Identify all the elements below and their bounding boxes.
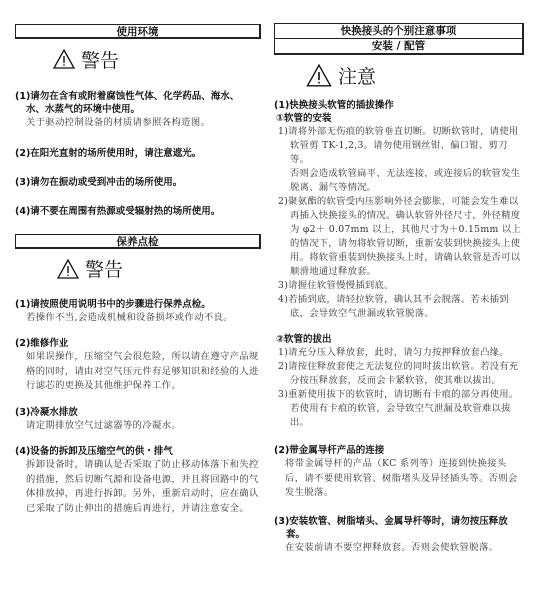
hose-operation-heading: (1)快换接头软管的插拔操作 xyxy=(274,99,524,112)
list-item: 2)聚氨酯的软管受内压影响外径会膨胀，可能会发生难以再插入快换接头的情况。确认软… xyxy=(274,195,524,279)
metal-rod-heading: (2)带金属导杆产品的连接 xyxy=(274,444,524,457)
list-item: 1)请充分压入释放套，此时，请匀力按押释放套凸缘。 xyxy=(274,346,524,360)
maintenance-item-1: (1)请按照使用说明书中的步骤进行保养点检。 若操作不当,会造成机械和设备损坏或… xyxy=(15,298,261,326)
left-column: 使用环境 警告 (1)请勿在含有或附着腐蚀性气体、化学药品、海水、 水、水蒸气的… xyxy=(15,0,261,516)
hose-install-list: 1)请将外部无伤痕的软管垂直切断。切断软管时，请使用软管剪 TK-1,2,3。请… xyxy=(274,125,524,321)
caution-label: 注意 xyxy=(338,62,376,89)
list-item: 3)重新使用拔下的软管时，请切断有卡痕的部分再使用。若使用有卡痕的软管，会导致空… xyxy=(274,388,524,430)
section-title-box: 快换接头的个别注意事项 安装 / 配管 xyxy=(274,23,524,55)
warning-header: 警告 xyxy=(57,256,261,282)
section-subtitle: 安装 / 配管 xyxy=(275,38,522,53)
maintenance-item-2: (2)维修作业 如果误操作，压缩空气会很危险，所以请在遵守产品规格的同时，请由对… xyxy=(15,337,261,394)
caution-header: 注意 xyxy=(306,61,524,89)
list-item: 1)请将外部无伤痕的软管垂直切断。切断软管时，请使用软管剪 TK-1,2,3。请… xyxy=(274,125,524,167)
maintenance-item-3: (3)冷凝水排放 请定期排放空气过滤器等的冷凝水。 xyxy=(15,406,261,434)
metal-rod-body: 将带金属导杆的产品（KC 系列等）连接到快换接头后，请不要使用软管、树脂堵头及异… xyxy=(274,457,524,501)
list-item: 2)请按住释放套使之无法复位的同时拔出软管。若没有充分按压释放套，反而会卡紧软管… xyxy=(274,360,524,388)
warning-header: 警告 xyxy=(53,46,261,72)
install-caution-body: 在安装前请不要空押释放套。否则会使软管脱落。 xyxy=(274,541,524,556)
warning-label: 警告 xyxy=(85,255,123,282)
list-item: 4)若插到底，请轻拉软管，确认其不会脱落。若未插到底，会导致空气泄漏或软管脱落。 xyxy=(274,293,524,321)
warning-triangle-icon xyxy=(306,64,332,87)
environment-item-1: (1)请勿在含有或附着腐蚀性气体、化学药品、海水、 水、水蒸气的环境中使用。 关… xyxy=(15,90,261,131)
right-column: 快换接头的个别注意事项 安装 / 配管 注意 (1)快换接头软管的插拔操作 ①软… xyxy=(274,0,524,555)
warning-triangle-icon xyxy=(57,259,79,279)
section-title: 快换接头的个别注意事项 xyxy=(275,24,522,38)
maintenance-item-4: (4)设备的拆卸及压缩空气的供・排气 拆卸设备时，请确认是否采取了防止移动体落下… xyxy=(15,445,261,516)
list-item: 否则会造成软管扁平、无法连接，或连接后的软管发生脱离、漏气等情况。 xyxy=(274,167,524,195)
hose-remove-list: 1)请充分压入释放套，此时，请匀力按押释放套凸缘。 2)请按住释放套使之无法复位… xyxy=(274,346,524,430)
section-title-maintenance: 保养点检 xyxy=(15,234,261,249)
hose-remove-heading: ②软管的拔出 xyxy=(274,333,524,346)
section-title-environment: 使用环境 xyxy=(15,24,261,39)
warning-label: 警告 xyxy=(81,46,119,73)
environment-item-4: (4)请不要在周围有热源或受辐射热的场所使用。 xyxy=(15,205,261,218)
install-caution-heading: (3)安装软管、树脂堵头、金属导杆等时，请勿按压释放套。 xyxy=(274,515,524,541)
environment-item-3: (3)请勿在振动或受到冲击的场所使用。 xyxy=(15,176,261,189)
hose-install-heading: ①软管的安装 xyxy=(274,112,524,125)
list-item: 3)请握住软管慢慢插到底。 xyxy=(274,279,524,293)
warning-triangle-icon xyxy=(53,49,75,69)
environment-item-2: (2)在阳光直射的场所使用时，请注意遮光。 xyxy=(15,147,261,160)
